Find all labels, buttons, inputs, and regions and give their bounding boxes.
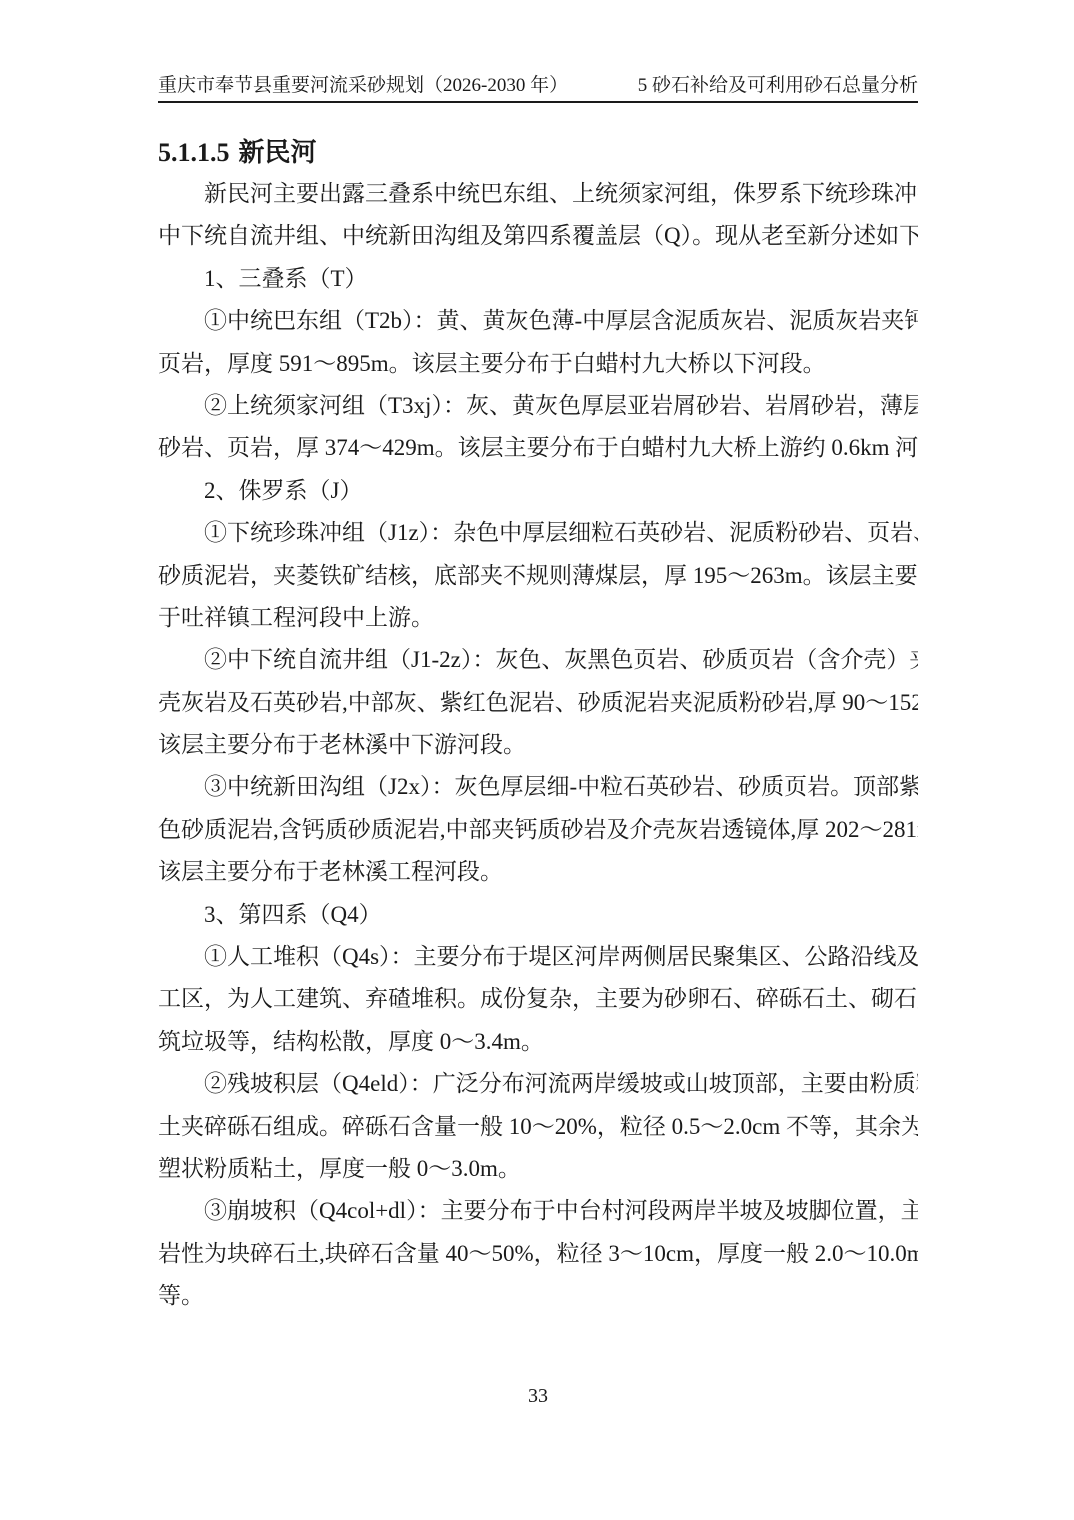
body-text-line: 该层主要分布于老林溪工程河段。 [158, 851, 918, 893]
body-text-line: 等。 [158, 1275, 918, 1317]
body-text-line: 砂岩、页岩，厚 374～429m。该层主要分布于白蜡村九大桥上游约 0.6km … [158, 427, 918, 469]
section-title: 新民河 [239, 137, 317, 167]
body-text-line: 该层主要分布于老林溪中下游河段。 [158, 724, 918, 766]
body-text-line: 壳灰岩及石英砂岩,中部灰、紫红色泥岩、砂质泥岩夹泥质粉砂岩,厚 90～152m。 [158, 682, 918, 724]
body-text-line: 中下统自流井组、中统新田沟组及第四系覆盖层（Q）。现从老至新分述如下： [158, 215, 918, 257]
body-text-line: ②残坡积层（Q4eld）：广泛分布河流两岸缓坡或山坡顶部，主要由粉质粘 [158, 1063, 918, 1105]
page-header: 重庆市奉节县重要河流采砂规划（2026-2030 年） 5 砂石补给及可利用砂石… [158, 74, 918, 103]
body-text-line: 土夹碎砾石组成。碎砾石含量一般 10～20%，粒径 0.5～2.0cm 不等，其… [158, 1106, 918, 1148]
body-text-line: 2、侏罗系（J） [158, 470, 918, 512]
body-text-line: 工区，为人工建筑、弃碴堆积。成份复杂，主要为砂卵石、碎砾石土、砌石及建 [158, 978, 918, 1020]
body-text-line: 新民河主要出露三叠系中统巴东组、上统须家河组，侏罗系下统珍珠冲组、 [158, 173, 918, 215]
body-text-line: 1、三叠系（T） [158, 258, 918, 300]
header-right-title: 5 砂石补给及可利用砂石总量分析 [638, 74, 918, 97]
body-text-line: ③中统新田沟组（J2x）：灰色厚层细-中粒石英砂岩、砂质页岩。顶部紫红 [158, 766, 918, 808]
document-body: 5.1.1.5新民河 新民河主要出露三叠系中统巴东组、上统须家河组，侏罗系下统珍… [158, 132, 918, 1318]
body-text-line: 于吐祥镇工程河段中上游。 [158, 597, 918, 639]
page-footer: 33 [158, 1383, 918, 1409]
body-text-line: ②中下统自流井组（J1-2z）：灰色、灰黑色页岩、砂质页岩（含介壳）夹介 [158, 639, 918, 681]
body-text-line: ③崩坡积（Q4col+dl）：主要分布于中台村河段两岸半坡及坡脚位置，主要 [158, 1190, 918, 1232]
body-text-line: ①中统巴东组（T2b）：黄、黄灰色薄-中厚层含泥质灰岩、泥质灰岩夹钙质 [158, 300, 918, 342]
body-text-line: ①人工堆积（Q4s）：主要分布于堤区河岸两侧居民聚集区、公路沿线及施 [158, 936, 918, 978]
section-heading: 5.1.1.5新民河 [158, 132, 918, 173]
header-left-title: 重庆市奉节县重要河流采砂规划（2026-2030 年） [158, 74, 568, 97]
body-text-line: 筑垃圾等，结构松散，厚度 0～3.4m。 [158, 1021, 918, 1063]
section-number: 5.1.1.5 [158, 138, 230, 167]
page-number: 33 [528, 1385, 548, 1407]
body-text-line: 页岩，厚度 591～895m。该层主要分布于白蜡村九大桥以下河段。 [158, 343, 918, 385]
body-text-line: 色砂质泥岩,含钙质砂质泥岩,中部夹钙质砂岩及介壳灰岩透镜体,厚 202～281m… [158, 809, 918, 851]
body-text-line: 塑状粉质粘土，厚度一般 0～3.0m。 [158, 1148, 918, 1190]
body-text-line: 砂质泥岩，夹菱铁矿结核，底部夹不规则薄煤层，厚 195～263m。该层主要分布 [158, 555, 918, 597]
document-page: 重庆市奉节县重要河流采砂规划（2026-2030 年） 5 砂石补给及可利用砂石… [0, 0, 1074, 1520]
body-text-line: 岩性为块碎石土,块碎石含量 40～50%，粒径 3～10cm，厚度一般 2.0～… [158, 1233, 918, 1275]
body-text-line: ②上统须家河组（T3xj）：灰、黄灰色厚层亚岩屑砂岩、岩屑砂岩，薄层粉 [158, 385, 918, 427]
body-text-line: ①下统珍珠冲组（J1z）：杂色中厚层细粒石英砂岩、泥质粉砂岩、页岩、粉 [158, 512, 918, 554]
body-text-line: 3、第四系（Q4） [158, 894, 918, 936]
